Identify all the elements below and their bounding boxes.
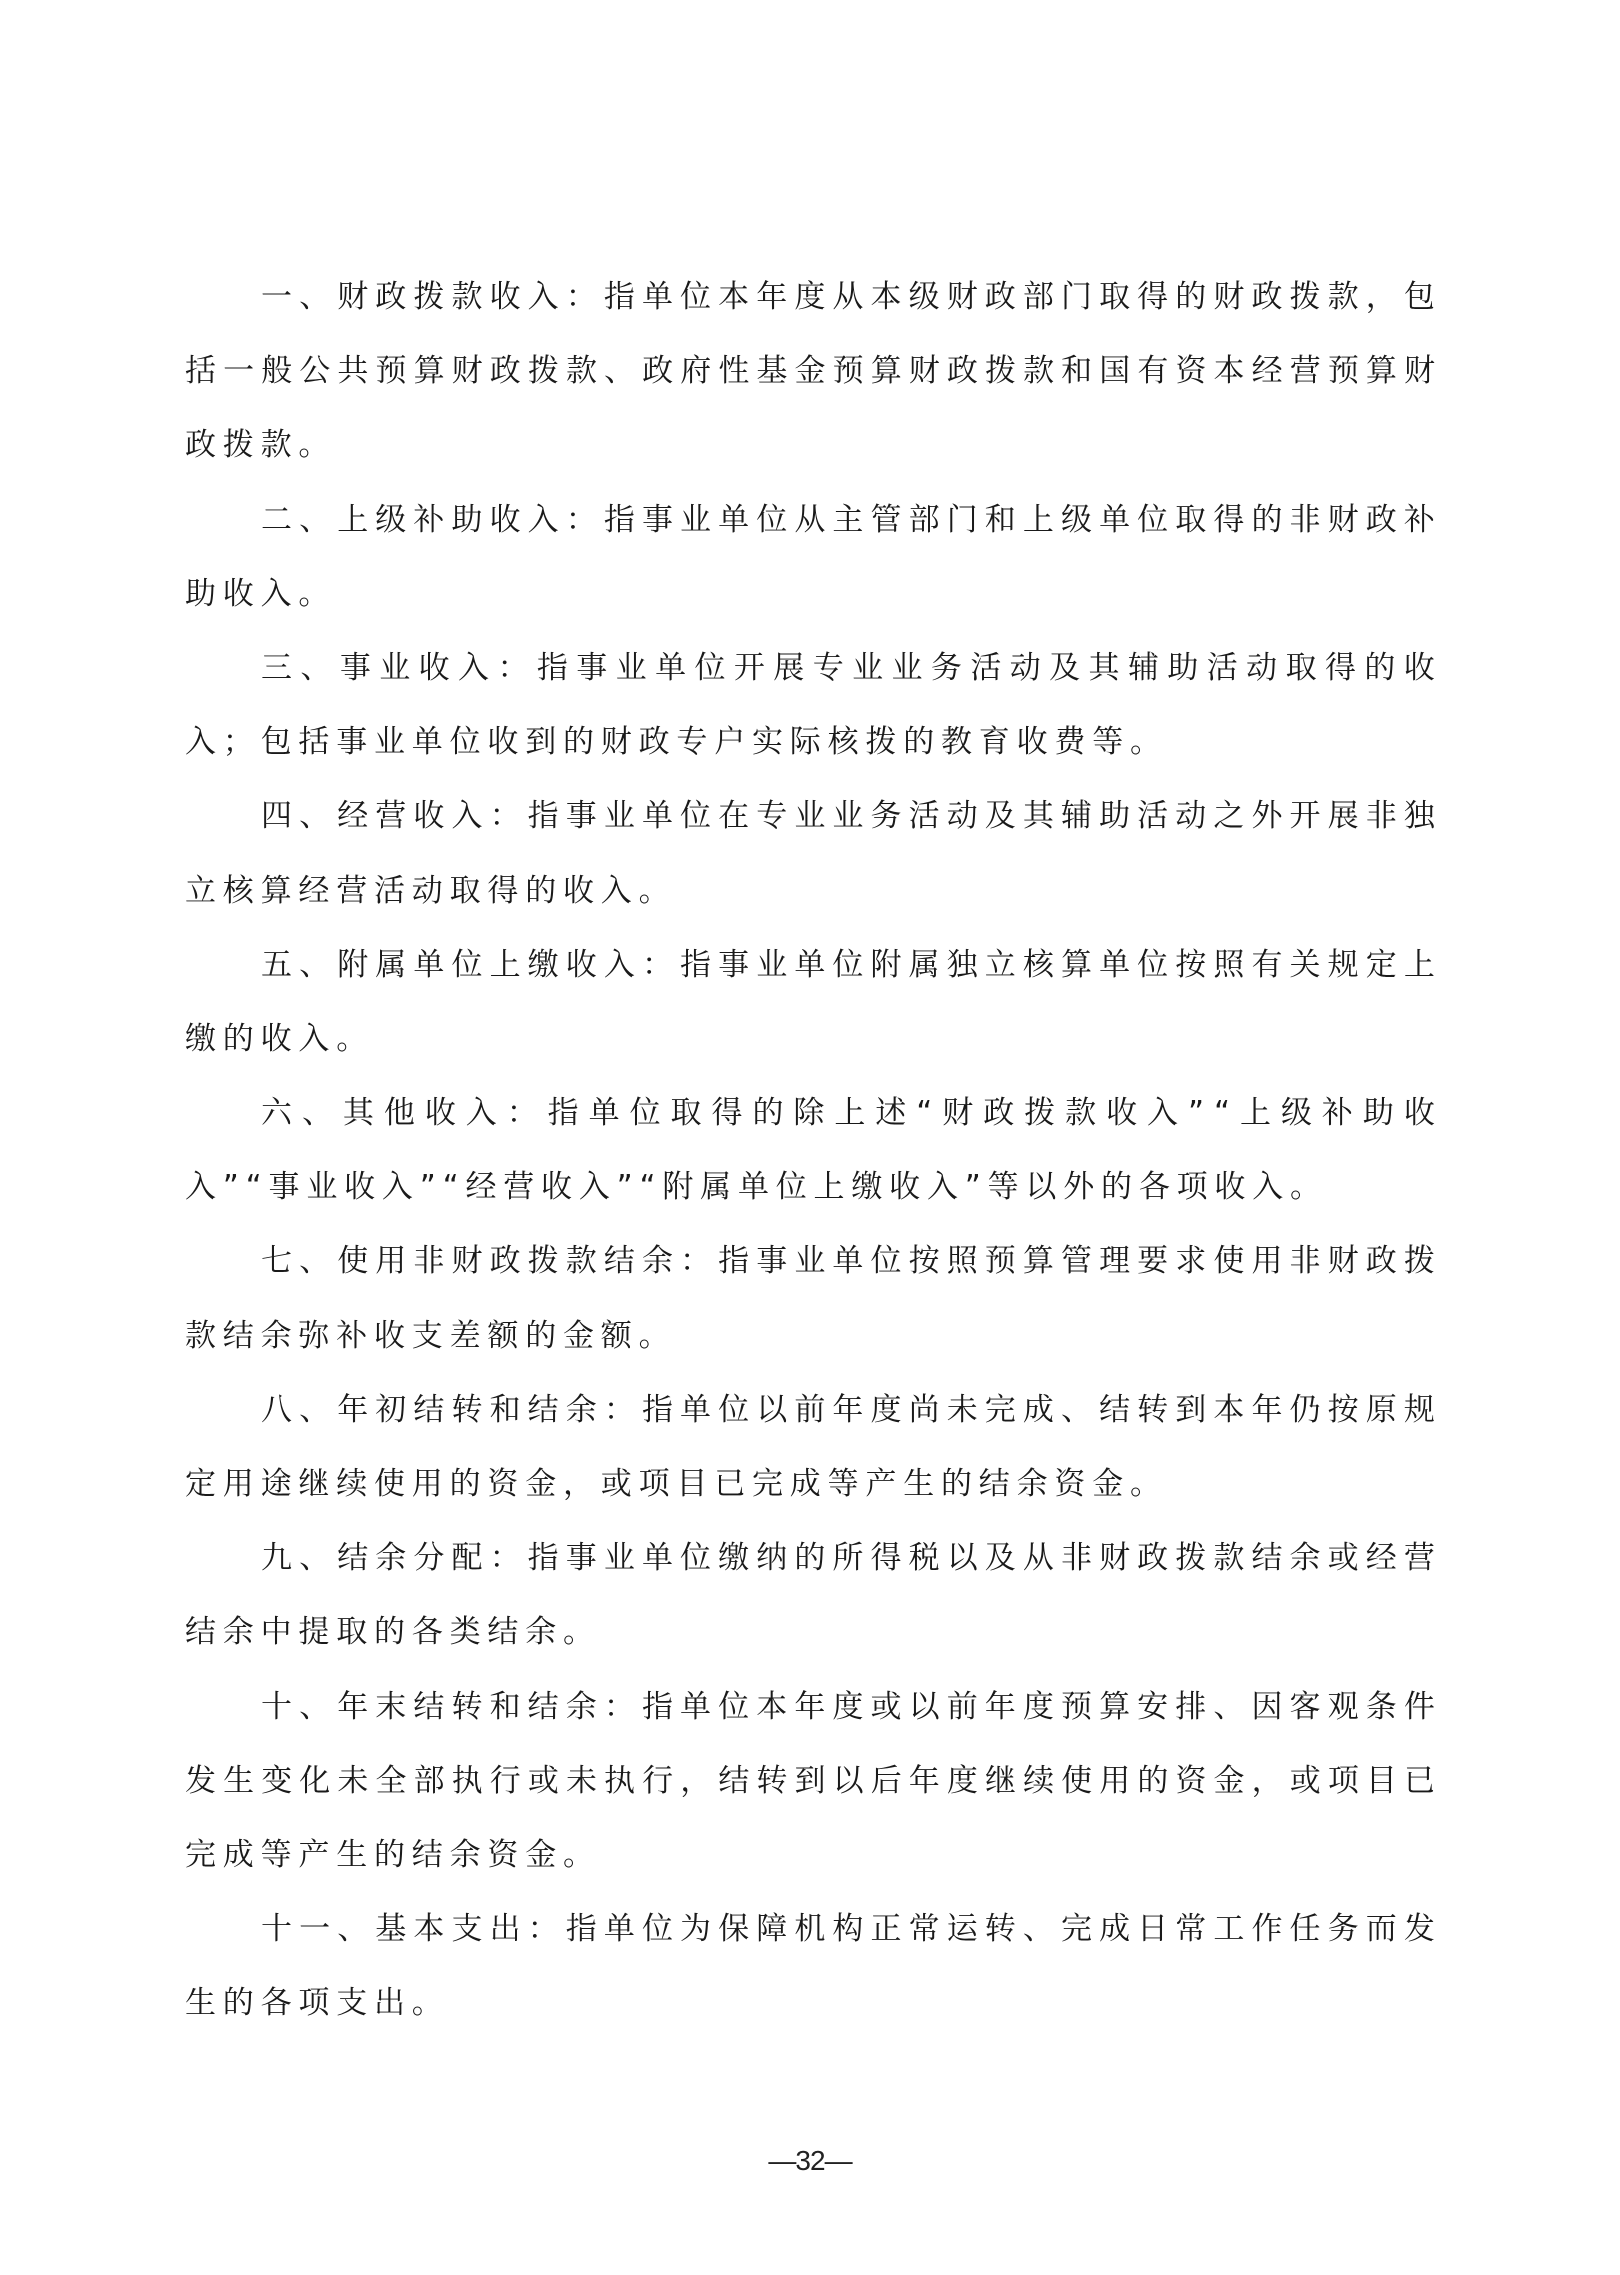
paragraph-line: 定用途继续使用的资金，或项目已完成等产生的结余资金。 bbox=[185, 1447, 1435, 1521]
paragraph-non-fiscal-balance-use: 七、使用非财政拨款结余：指事业单位按照预算管理要求使用非财政拨 款结余弥补收支差… bbox=[185, 1224, 1435, 1372]
paragraph-line: 结余中提取的各类结余。 bbox=[185, 1595, 1435, 1669]
paragraph-line: 九、结余分配：指事业单位缴纳的所得税以及从非财政拨款结余或经营 bbox=[185, 1521, 1435, 1595]
paragraph-basic-expenditure: 十一、基本支出：指单位为保障机构正常运转、完成日常工作任务而发 生的各项支出。 bbox=[185, 1892, 1435, 2040]
paragraph-line: 缴的收入。 bbox=[185, 1002, 1435, 1076]
paragraph-balance-distribution: 九、结余分配：指事业单位缴纳的所得税以及从非财政拨款结余或经营 结余中提取的各类… bbox=[185, 1521, 1435, 1669]
paragraph-superior-subsidy-income: 二、上级补助收入：指事业单位从主管部门和上级单位取得的非财政补 助收入。 bbox=[185, 483, 1435, 631]
paragraph-line: 助收入。 bbox=[185, 557, 1435, 631]
paragraph-line: 入；包括事业单位收到的财政专户实际核拨的教育收费等。 bbox=[185, 705, 1435, 779]
paragraph-line: 立核算经营活动取得的收入。 bbox=[185, 854, 1435, 928]
paragraph-line: 生的各项支出。 bbox=[185, 1966, 1435, 2040]
document-page: 一、财政拨款收入：指单位本年度从本级财政部门取得的财政拨款，包 括一般公共预算财… bbox=[0, 0, 1620, 2275]
paragraph-line: 八、年初结转和结余：指单位以前年度尚未完成、结转到本年仍按原规 bbox=[185, 1373, 1435, 1447]
paragraph-opening-carryover-balance: 八、年初结转和结余：指单位以前年度尚未完成、结转到本年仍按原规 定用途继续使用的… bbox=[185, 1373, 1435, 1521]
paragraph-line: 五、附属单位上缴收入：指事业单位附属独立核算单位按照有关规定上 bbox=[185, 928, 1435, 1002]
paragraph-operating-income: 四、经营收入：指事业单位在专业业务活动及其辅助活动之外开展非独 立核算经营活动取… bbox=[185, 779, 1435, 927]
paragraph-line: 二、上级补助收入：指事业单位从主管部门和上级单位取得的非财政补 bbox=[185, 483, 1435, 557]
paragraph-line: 完成等产生的结余资金。 bbox=[185, 1818, 1435, 1892]
paragraph-line: 十、年末结转和结余：指单位本年度或以前年度预算安排、因客观条件 bbox=[185, 1670, 1435, 1744]
paragraph-fiscal-appropriation-income: 一、财政拨款收入：指单位本年度从本级财政部门取得的财政拨款，包 括一般公共预算财… bbox=[185, 260, 1435, 483]
paragraph-business-income: 三、事业收入：指事业单位开展专业业务活动及其辅助活动取得的收 入；包括事业单位收… bbox=[185, 631, 1435, 779]
paragraph-line: 七、使用非财政拨款结余：指事业单位按照预算管理要求使用非财政拨 bbox=[185, 1224, 1435, 1298]
paragraph-affiliated-unit-income: 五、附属单位上缴收入：指事业单位附属独立核算单位按照有关规定上 缴的收入。 bbox=[185, 928, 1435, 1076]
paragraph-line: 括一般公共预算财政拨款、政府性基金预算财政拨款和国有资本经营预算财 bbox=[185, 334, 1435, 408]
page-number: —32— bbox=[0, 2145, 1620, 2177]
paragraph-line: 发生变化未全部执行或未执行，结转到以后年度继续使用的资金，或项目已 bbox=[185, 1744, 1435, 1818]
paragraph-line: 三、事业收入：指事业单位开展专业业务活动及其辅助活动取得的收 bbox=[185, 631, 1435, 705]
paragraph-line: 款结余弥补收支差额的金额。 bbox=[185, 1299, 1435, 1373]
paragraph-closing-carryover-balance: 十、年末结转和结余：指单位本年度或以前年度预算安排、因客观条件 发生变化未全部执… bbox=[185, 1670, 1435, 1893]
paragraph-line: 一、财政拨款收入：指单位本年度从本级财政部门取得的财政拨款，包 bbox=[185, 260, 1435, 334]
paragraph-line: 政拨款。 bbox=[185, 408, 1435, 482]
body-text: 一、财政拨款收入：指单位本年度从本级财政部门取得的财政拨款，包 括一般公共预算财… bbox=[185, 260, 1435, 2041]
paragraph-line: 十一、基本支出：指单位为保障机构正常运转、完成日常工作任务而发 bbox=[185, 1892, 1435, 1966]
paragraph-line: 入”“事业收入”“经营收入”“附属单位上缴收入”等以外的各项收入。 bbox=[185, 1150, 1435, 1224]
paragraph-line: 六、其他收入：指单位取得的除上述“财政拨款收入”“上级补助收 bbox=[185, 1076, 1435, 1150]
paragraph-other-income: 六、其他收入：指单位取得的除上述“财政拨款收入”“上级补助收 入”“事业收入”“… bbox=[185, 1076, 1435, 1224]
paragraph-line: 四、经营收入：指事业单位在专业业务活动及其辅助活动之外开展非独 bbox=[185, 779, 1435, 853]
